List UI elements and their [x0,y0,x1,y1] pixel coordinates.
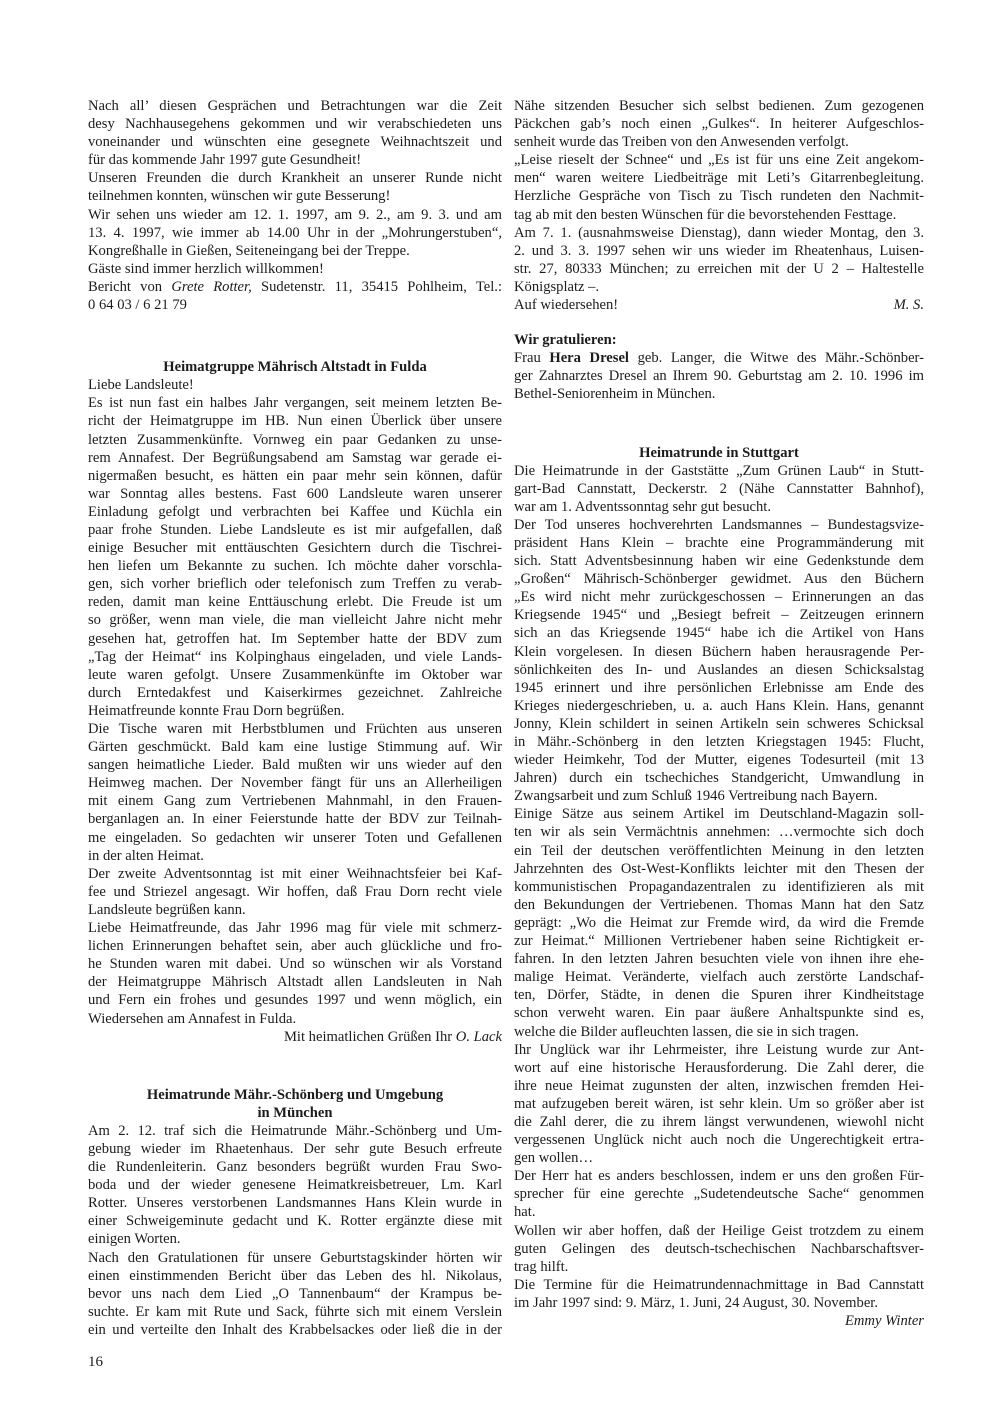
text-line: war Sonntag alles bestens. Fast 600 Land… [88,485,502,503]
muenchen-continued: Nähe sitzenden Besucher sich selbst bedi… [514,97,924,314]
text-line: lichen Erinnerungen behaftet sein, aber … [88,937,502,955]
text-line: Heimatfreunde konnte Frau Dorn begrüßen. [88,702,502,720]
text-line: Königsplatz –. [514,278,924,296]
text-line: Gärten geschmückt. Bald kam eine lustige… [88,738,502,756]
text-line: Am 2. 12. traf sich die Heimatrunde Mähr… [88,1122,502,1140]
text-line: war am 1. Adventssonntag sehr gut besuch… [514,498,924,516]
text-line: Der Herr hat es anders beschlossen, inde… [514,1167,924,1185]
text-line: gen wollen… [514,1149,924,1167]
congrats-section: Wir gratulieren: Frau Hera Dresel geb. L… [514,331,924,403]
text-line: einige Besucher mit enttäuschten Gesicht… [88,539,502,557]
report-prefix: Bericht von [88,279,171,295]
text-line: Ihr Unglück war ihr Lehrmeister, ihre Le… [514,1041,924,1059]
section-heading-line2: in München [88,1104,502,1122]
text-line: Einige Sätze aus seinem Artikel im Deuts… [514,805,924,823]
closing-author: O. Lack [456,1029,502,1045]
text-line: 1945 erinnert und ihre persönlichen Erle… [514,679,924,697]
page-number: 16 [88,1354,103,1371]
text-line: Nach den Gratulationen für unsere Geburt… [88,1249,502,1267]
signature: M. S. [894,296,924,314]
text-line: sönlichkeiten des In- und Auslandes an d… [514,661,924,679]
text-line: Heimweg machen. Der November fängt für u… [88,774,502,792]
text-line: geprägt: „Wo die Heimat zur Fremde wird,… [514,914,924,932]
text-line: gen, sich vorher brieflich oder telefoni… [88,575,502,593]
text-line: gart-Bad Cannstatt, Deckerstr. 2 (Nähe C… [514,480,924,498]
signature-name: Emmy Winter [845,1313,924,1329]
text-line: men“ waren weitere Liedbeiträge mit Leti… [514,169,924,187]
text-line: Rotter. Unseres verstorbenen Landsmannes… [88,1194,502,1212]
text-line: Frau Hera Dresel geb. Langer, die Witwe … [514,349,924,367]
text-line: ein Teil der deutschen veröffentlichten … [514,842,924,860]
text-line: Jahrzehnten des Ost-West-Konflikts leich… [514,860,924,878]
text-line: einen einstimmenden Bericht über das Leb… [88,1267,502,1285]
text-line: Landsleute begrüßen kann. [88,901,502,919]
text-line: str. 27, 80333 München; zu erreichen mit… [514,260,924,278]
fulda-section: Heimatgruppe Mährisch Altstadt in Fulda … [88,358,502,1046]
text-line: sich. Statt Adventsbesinnung haben wir e… [514,552,924,570]
text-line: Einladung gefolgt und verbrachten bei Ka… [88,503,502,521]
text-line: sich an das Kriegsende 1945“ habe ich di… [514,624,924,642]
text-line: die Zahl derer, die zu ihrem längst verw… [514,1113,924,1131]
text-line: Unseren Freunden die durch Krankheit an … [88,169,502,187]
text-line: Wollen wir aber hoffen, daß der Heilige … [514,1222,924,1240]
text-line: teilnehmen konnten, wünschen wir gute Be… [88,187,502,205]
section-heading: Heimatrunde Mähr.-Schönberg und Umgebung [88,1086,502,1104]
text-line: der Heimatgruppe Mährisch Altstadt allen… [88,973,502,991]
farewell-text: Auf wiedersehen! [514,296,618,314]
text-line: durch Erntedakfest und Kaiserkirmes geze… [88,684,502,702]
text-line: vergessenen Unglück nicht auch noch die … [514,1131,924,1149]
closing-signature: Mit heimatlichen Grüßen Ihr O. Lack [88,1028,502,1046]
text-line: voneinander und wünschten eine gesegnete… [88,133,502,151]
intro-section: Nach all’ diesen Gesprächen und Betracht… [88,97,502,314]
section-heading: Heimatgruppe Mährisch Altstadt in Fulda [88,358,502,376]
text-line: in der alten Heimat. [88,847,502,865]
text-line: me eingeladen. So gedachten wir unserer … [88,829,502,847]
text-line: Die Heimatrunde in der Gaststätte „Zum G… [514,462,924,480]
muenchen-cont-body: Nähe sitzenden Besucher sich selbst bedi… [514,97,924,296]
muenchen-section: Heimatrunde Mähr.-Schönberg und Umgebung… [88,1086,502,1339]
text-line: einer Schweigeminute gedacht und K. Rott… [88,1212,502,1230]
text-line: suchte. Er kam mit Rute und Sack, führte… [88,1303,502,1321]
text-line: nigermaßen besucht, es hätten ein paar m… [88,467,502,485]
text-line: für das kommende Jahr 1997 gute Gesundhe… [88,151,502,169]
text-line: wieder Heimkehr, Tod der Mutter, eigenes… [514,751,924,769]
text-line: Wir sehen uns wieder am 12. 1. 1997, am … [88,206,502,224]
text-line: kommunistischen Propagandazentralen zu i… [514,878,924,896]
text-line: ten, Dörfer, Städte, in denen die Spuren… [514,986,924,1004]
text-line: leute waren gefolgt. Unsere Zusammenkünf… [88,666,502,684]
text-line: Jonny, Klein schildert in seinen Artikel… [514,715,924,733]
text-line: ein und verteilte den Inhalt des Krabbel… [88,1321,502,1339]
text-line: Es ist nun fast ein halbes Jahr vergange… [88,394,502,412]
text-line: Am 7. 1. (ausnahmsweise Dienstag), dann … [514,224,924,242]
text-line: guten Gelingen des deutsch-tschechischen… [514,1240,924,1258]
text-line: desy Nachhausegehens gekommen und wir ve… [88,115,502,133]
text-line: „Es wird nicht mehr zurückgeschossen – E… [514,588,924,606]
signature: Emmy Winter [514,1312,924,1330]
text-line: welche die Bilder aufleuchten lassen, di… [514,1023,924,1041]
text-line: zur Heimat.“ Millionen Vertriebener habe… [514,932,924,950]
text-line: Herzliche Gespräche von Tisch zu Tisch r… [514,187,924,205]
text-line: reden, damit man keine Enttäuschung erle… [88,593,502,611]
text-line: „Tag der Heimat“ ins Kolpinghaus eingela… [88,648,502,666]
text-line: berganlagen an. In einer Feierstunde hat… [88,810,502,828]
text-line: Der Tod unseres hochverehrten Landsmanne… [514,516,924,534]
text-line: letzten Zusammenkünfte. Vornweg ein paar… [88,431,502,449]
phone-number: 0 64 03 / 6 21 79 [88,296,502,314]
report-credit: Bericht von Grete Rotter, Sudetenstr. 11… [88,278,502,296]
text-line: mit einem Gang zum Vertriebenen Mahnmahl… [88,792,502,810]
text-line: Nach all’ diesen Gesprächen und Betracht… [88,97,502,115]
text-line: Liebe Landsleute! [88,376,502,394]
text-line: fahren. In den letzten Jahren besuchten … [514,950,924,968]
text-line: Kongreßhalle in Gießen, Seiteneingang be… [88,242,502,260]
text-line: schon verweht waren. Ein paar äußere Anh… [514,1004,924,1022]
text-line: he Stunden waren mit dabei. Und so wünsc… [88,955,502,973]
text-line: einigen Worten. [88,1230,502,1248]
text-line: Die Tische waren mit Herbstblumen und Fr… [88,720,502,738]
text-line: Päckchen gab’s noch einen „Gulkes“. In h… [514,115,924,133]
text-line: in Mähr.-Schönberg in den letzten Kriegs… [514,733,924,751]
right-column: Nähe sitzenden Besucher sich selbst bedi… [514,97,924,1330]
text-line: die Rundenleiterin. Ganz besonders begrü… [88,1158,502,1176]
farewell-row: Auf wiedersehen! M. S. [514,296,924,314]
text-line: Liebe Heimatfreunde, das Jahr 1996 mag f… [88,919,502,937]
text-line: sprecher für eine gerechte „Sudetendeuts… [514,1185,924,1203]
text-line: „Großen“ Mährisch-Schönberger gewidmet. … [514,570,924,588]
text-line: Wiedersehen am Annafest in Fulda. [88,1010,502,1028]
section-heading: Wir gratulieren: [514,331,924,349]
text-line: präsident Hans Klein – brachte eine Prog… [514,534,924,552]
honoree-name: Hera Dresel [549,350,629,366]
fulda-body: Liebe Landsleute!Es ist nun fast ein hal… [88,376,502,1027]
text-line: hen liefen um Bekannte zu suchen. Ich mö… [88,557,502,575]
text-line: gebung wieder im Rhaetenhaus. Der sehr g… [88,1140,502,1158]
text-line: Gäste sind immer herzlich willkommen! [88,260,502,278]
text-line: ger Zahnarztes Dresel an Ihrem 90. Gebur… [514,367,924,385]
text-line: fee und Striezel angesagt. Wir hoffen, d… [88,883,502,901]
text-line: wort auf eine historische Herausforderun… [514,1059,924,1077]
text-line: gesehen hat, getroffen hat. Im September… [88,630,502,648]
text-line: Klein vorgelesen. In diesen Büchern habe… [514,643,924,661]
text-line: Bethel-Seniorenheim in München. [514,385,924,403]
text-line: den Bekundungen der Vertriebenen. Thomas… [514,896,924,914]
text-line: mat aufzugeben bereit wären, ist sehr kl… [514,1095,924,1113]
text-fragment: geb. Langer, die Witwe des Mähr.-Schönbe… [629,350,924,366]
text-line: ten wir als sein Vermächtnis annehmen: …… [514,823,924,841]
text-line: und Fern ein frohes und gesundes 1997 un… [88,991,502,1009]
text-line: senheit wurde das Treiben von den Anwese… [514,133,924,151]
text-line: Jahren) durch ein tschechiches Standgeri… [514,769,924,787]
muenchen-body: Am 2. 12. traf sich die Heimatrunde Mähr… [88,1122,502,1339]
closing-text: Mit heimatlichen Grüßen Ihr [284,1029,456,1045]
text-line: tag ab mit den besten Wünschen für die b… [514,206,924,224]
text-line: richt der Heimatgruppe im HB. Nun einen … [88,412,502,430]
text-line: „Leise rieselt der Schnee“ und „Es ist f… [514,151,924,169]
text-line: Krieges niedergeschrieben, u. a. auch Ha… [514,697,924,715]
text-line: 2. und 3. 3. 1997 sehen wir uns wieder i… [514,242,924,260]
report-author: Grete Rotter, [171,279,251,295]
text-line: rem Annafest. Der Begrüßungsabend am Sam… [88,449,502,467]
text-line: hat. [514,1203,924,1221]
text-line: Kriegsende 1945“ und „Besiegt befreit – … [514,606,924,624]
text-line: Die Termine für die Heimatrundennachmitt… [514,1276,924,1294]
section-heading: Heimatrunde in Stuttgart [514,444,924,462]
text-line: bevor uns nach dem Lied „O Tannenbaum“ d… [88,1285,502,1303]
text-line: ihre neue Heimat zugunsten der alten, in… [514,1077,924,1095]
left-column: Nach all’ diesen Gesprächen und Betracht… [88,97,502,1339]
text-line: malige Heimat. Veränderte, vielfach auch… [514,968,924,986]
text-line: Zwangsarbeit und zum Schluß 1946 Vertrei… [514,787,924,805]
text-line: im Jahr 1997 sind: 9. März, 1. Juni, 24 … [514,1294,924,1312]
stuttgart-body: Die Heimatrunde in der Gaststätte „Zum G… [514,462,924,1312]
report-address: Sudetenstr. 11, 35415 Pohlheim, Tel.: [252,279,502,295]
text-line: 13. 4. 1997, wie immer ab 14.00 Uhr in d… [88,224,502,242]
text-line: boda und der wieder genesene Heimatkreis… [88,1176,502,1194]
text-fragment: Frau [514,350,549,366]
stuttgart-section: Heimatrunde in Stuttgart Die Heimatrunde… [514,444,924,1331]
text-line: trag hilft. [514,1258,924,1276]
text-line: Nähe sitzenden Besucher sich selbst bedi… [514,97,924,115]
text-line: paar frohe Stunden. Liebe Landsleute es … [88,521,502,539]
text-line: sangen heimatliche Lieder. Bald mußten w… [88,756,502,774]
text-line: so größer, wenn man viele, die man viell… [88,611,502,629]
text-line: Der zweite Adventsonntag ist mit einer W… [88,865,502,883]
